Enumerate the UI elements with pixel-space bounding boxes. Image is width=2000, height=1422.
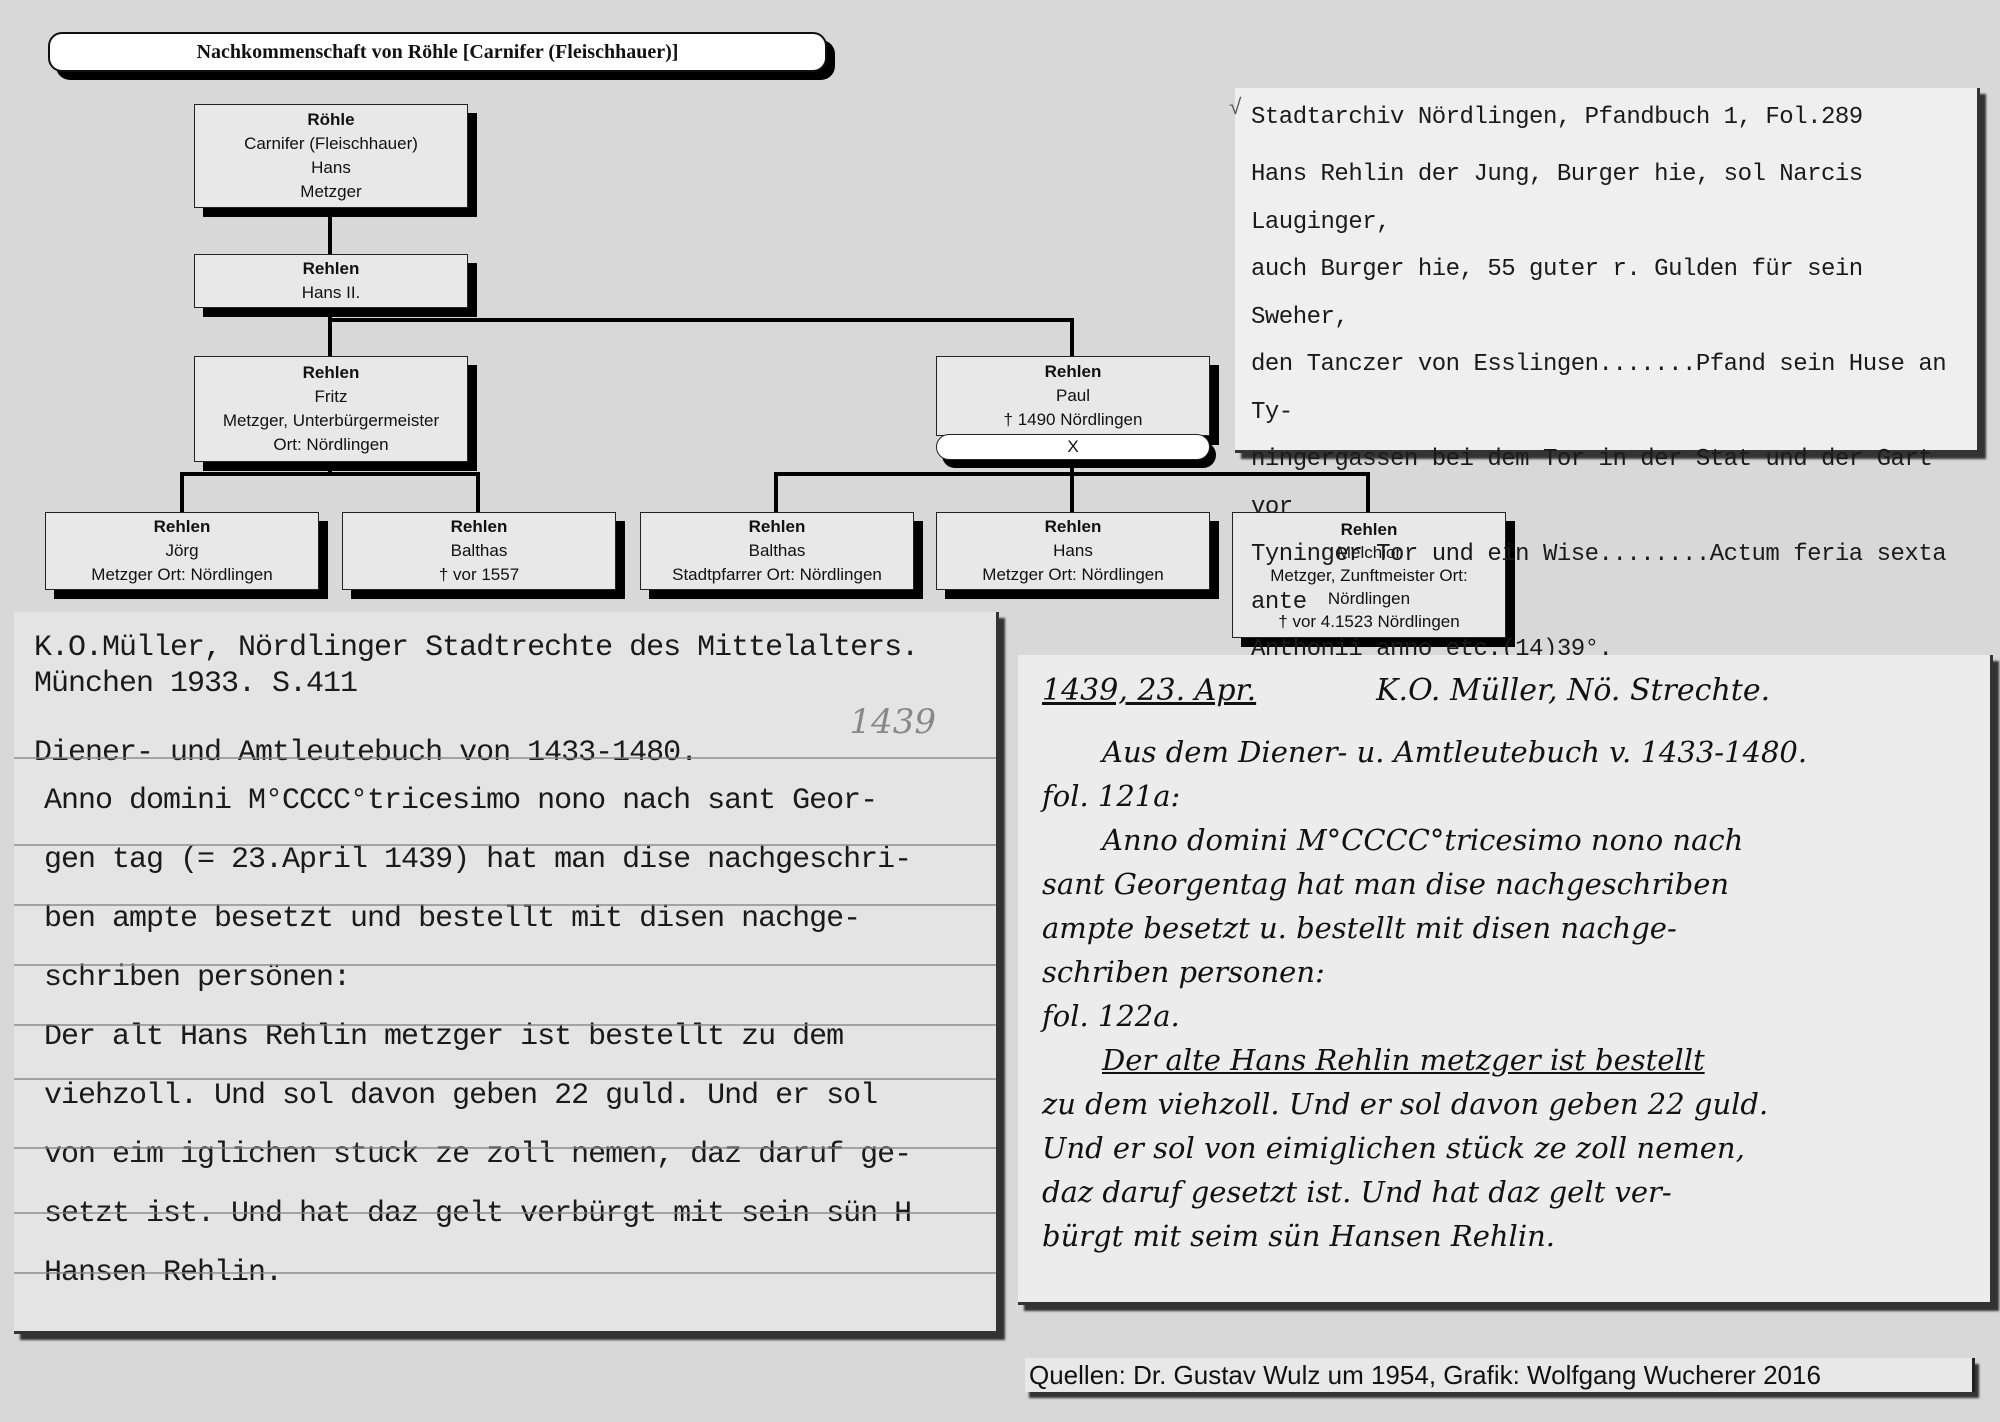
node-line: Stadtpfarrer Ort: Nördlingen [641, 563, 913, 587]
card-source: K.O. Müller, Nö. Strechte. [1376, 673, 1770, 708]
text-line: setzt ist. Und hat daz gelt verbürgt mit… [44, 1185, 976, 1244]
connector-line [774, 472, 778, 512]
node-surname: Rehlen [195, 361, 467, 385]
text-line: gen tag (= 23.April 1439) hat man dise n… [44, 831, 976, 890]
ruled-line [14, 1024, 996, 1026]
citation-line: K.O.Müller, Nördlinger Stadtrechte des M… [34, 630, 976, 666]
spouse-name: X [1067, 437, 1078, 456]
text-line: Aus dem Diener- u. Amtleutebuch v. 1433-… [1042, 730, 1966, 774]
connector-line [1070, 460, 1074, 512]
node-line: Balthas [343, 539, 615, 563]
tree-node-balthas-1: Rehlen Balthas † vor 1557 [342, 512, 616, 590]
tree-node-joerg: Rehlen Jörg Metzger Ort: Nördlingen [45, 512, 319, 590]
connector-line [1070, 318, 1074, 356]
text-line: zu dem viehzoll. Und er sol davon geben … [1042, 1082, 1966, 1126]
text-line: Der alte Hans Rehlin metzger ist bestell… [1042, 1038, 1966, 1082]
ruled-line [14, 844, 996, 846]
text-line: auch Burger hie, 55 guter r. Gulden für … [1251, 246, 1961, 341]
source-credits: Quellen: Dr. Gustav Wulz um 1954, Grafik… [1025, 1358, 1975, 1392]
node-surname: Röhle [195, 108, 467, 132]
citation: K.O.Müller, Nördlinger Stadtrechte des M… [34, 630, 976, 702]
node-surname: Rehlen [937, 360, 1209, 384]
archive-card-stadtrechte: K.O.Müller, Nördlinger Stadtrechte des M… [14, 612, 999, 1334]
node-line: Hans [937, 539, 1209, 563]
node-surname: Rehlen [641, 515, 913, 539]
text-line: ben ampte besetzt und bestellt mit disen… [44, 890, 976, 949]
node-line: Fritz [195, 385, 467, 409]
connector-line [476, 472, 480, 512]
node-surname: Rehlen [46, 515, 318, 539]
text-line: von eim iglichen stuck ze zoll nemen, da… [44, 1126, 976, 1185]
credits-text: Quellen: Dr. Gustav Wulz um 1954, Grafik… [1029, 1360, 1821, 1390]
chart-title-banner: Nachkommenschaft von Röhle [Carnifer (Fl… [48, 32, 827, 72]
text-line: daz daruf gesetzt ist. Und hat daz gelt … [1042, 1170, 1966, 1214]
text-line: schriben persönen: [44, 949, 976, 1008]
node-line: Carnifer (Fleischhauer) [195, 132, 467, 156]
handwritten-card: 1439, 23. Apr. K.O. Müller, Nö. Strechte… [1018, 655, 1993, 1305]
node-line: Paul [937, 384, 1209, 408]
card-heading: Stadtarchiv Nördlingen, Pfandbuch 1, Fol… [1251, 104, 1961, 131]
tree-node-hans-ii: Rehlen Hans II. [194, 254, 468, 308]
node-surname: Rehlen [937, 515, 1209, 539]
text-line: bürgt mit seim sün Hansen Rehlin. [1042, 1214, 1966, 1258]
text-line: fol. 122a. [1042, 994, 1966, 1038]
ruled-line [14, 1078, 996, 1080]
tree-node-root: Röhle Carnifer (Fleischhauer) Hans Metzg… [194, 104, 468, 208]
text-line: den Tanczer von Esslingen.......Pfand se… [1251, 341, 1961, 436]
card-text: Hans Rehlin der Jung, Burger hie, sol Na… [1251, 151, 1961, 674]
connector-line [180, 472, 184, 512]
ruled-line [14, 1212, 996, 1214]
card-date: 1439, 23. Apr. [1042, 673, 1256, 708]
text-line: ampte besetzt u. bestellt mit disen nach… [1042, 906, 1966, 950]
tree-node-paul: Rehlen Paul † 1490 Nördlingen [936, 356, 1210, 436]
connector-line [180, 472, 480, 476]
tree-node-hans: Rehlen Hans Metzger Ort: Nördlingen [936, 512, 1210, 590]
card-text: Anno domini M°CCCC°tricesimo nono nach s… [34, 772, 976, 1303]
ruled-line [14, 964, 996, 966]
node-line: Hans [195, 156, 467, 180]
text-line: Anno domini M°CCCC°tricesimo nono nach s… [44, 772, 976, 831]
ruled-line [14, 1147, 996, 1149]
text-line: schriben personen: [1042, 950, 1966, 994]
text-line: ningergassen bei dem Tor in der Stat und… [1251, 436, 1961, 531]
text-line: Anno domini M°CCCC°tricesimo nono nach [1042, 818, 1966, 862]
tree-node-fritz: Rehlen Fritz Metzger, Unterbürgermeister… [194, 356, 468, 462]
node-surname: Rehlen [343, 515, 615, 539]
spouse-pill: X [936, 434, 1210, 460]
node-line: † 1490 Nördlingen [937, 408, 1209, 432]
tree-node-balthas-2: Rehlen Balthas Stadtpfarrer Ort: Nördlin… [640, 512, 914, 590]
node-line: † vor 1557 [343, 563, 615, 587]
node-line: Jörg [46, 539, 318, 563]
text-line: Tyninger Tor und ein Wise........Actum f… [1251, 531, 1961, 626]
archive-card-pfandbuch: √ Stadtarchiv Nördlingen, Pfandbuch 1, F… [1235, 88, 1980, 453]
chart-title: Nachkommenschaft von Röhle [Carnifer (Fl… [197, 41, 679, 64]
node-line: Metzger Ort: Nördlingen [937, 563, 1209, 587]
citation-line: München 1933. S.411 [34, 666, 976, 702]
connector-line [328, 306, 332, 356]
node-line: Balthas [641, 539, 913, 563]
book-title: Diener- und Amtleutebuch von 1433-1480. [34, 736, 976, 770]
card-header: 1439, 23. Apr. K.O. Müller, Nö. Strechte… [1042, 673, 1966, 708]
text-line: Hans Rehlin der Jung, Burger hie, sol Na… [1251, 151, 1961, 246]
connector-line [328, 212, 332, 254]
margin-note: 1439 [849, 702, 936, 742]
node-line: Metzger Ort: Nördlingen [46, 563, 318, 587]
node-line: Metzger, Unterbürgermeister [195, 409, 467, 433]
text-line: sant Georgentag hat man dise nachgeschri… [1042, 862, 1966, 906]
text-line: fol. 121a: [1042, 774, 1966, 818]
node-line: Ort: Nördlingen [195, 433, 467, 457]
ruled-line [14, 757, 996, 759]
node-surname: Rehlen [195, 257, 467, 281]
ruled-line [14, 904, 996, 906]
connector-line [328, 318, 1074, 322]
ruled-line [14, 1272, 996, 1274]
text-line: Und er sol von eimiglichen stück ze zoll… [1042, 1126, 1966, 1170]
checkmark-icon: √ [1229, 96, 1242, 121]
text-line: viehzoll. Und sol davon geben 22 guld. U… [44, 1067, 976, 1126]
text-line: Der alt Hans Rehlin metzger ist bestellt… [44, 1008, 976, 1067]
node-line: Metzger [195, 180, 467, 204]
node-line: Hans II. [195, 281, 467, 305]
